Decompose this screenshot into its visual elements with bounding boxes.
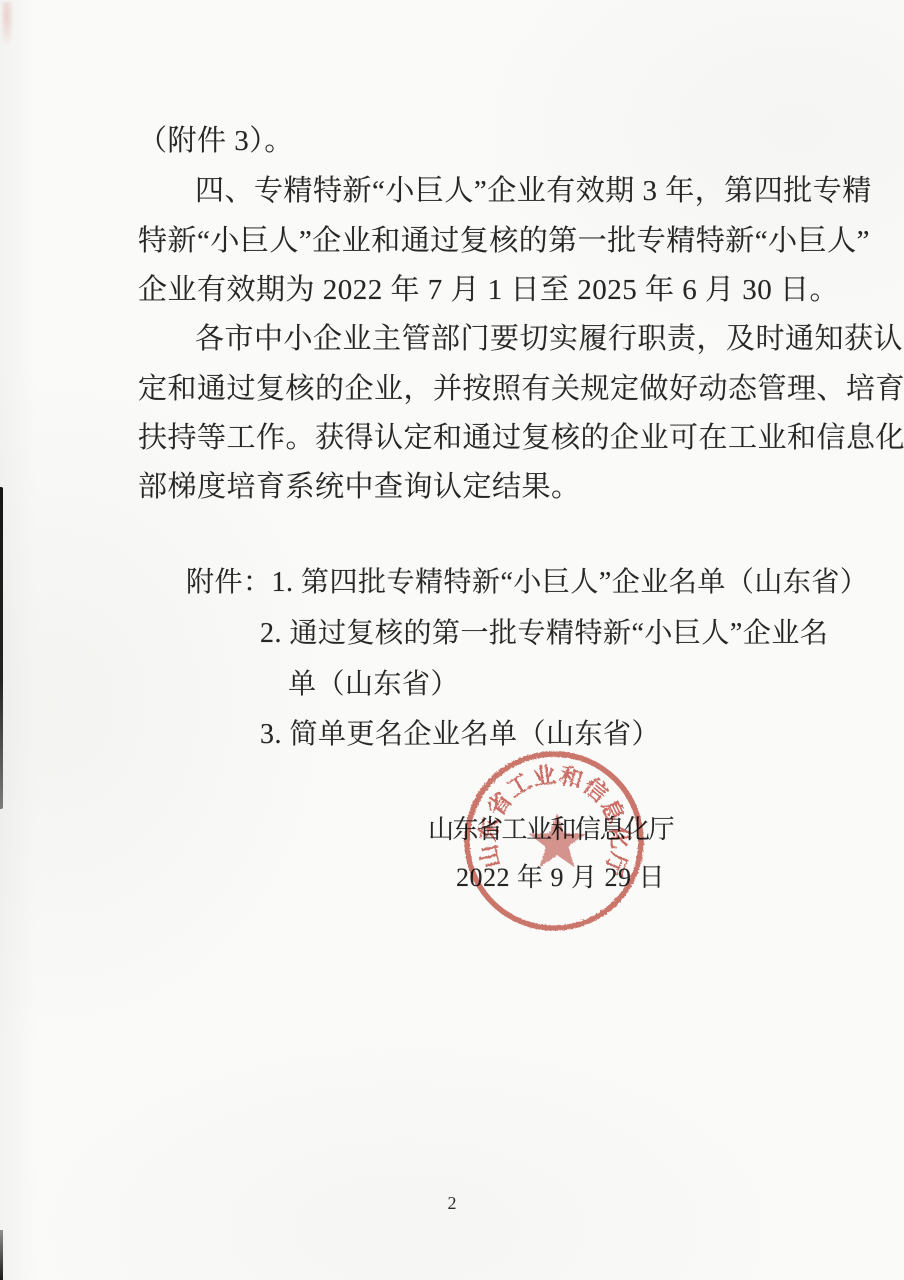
issue-date: 2022 年 9 月 29 日 [456, 857, 665, 894]
body-line: 企业有效期为 2022 年 7 月 1 日至 2025 年 6 月 30 日。 [138, 273, 768, 309]
document-page: （附件 3）。 四、专精特新“小巨人”企业有效期 3 年，第四批专精 特新“小巨… [0, 0, 904, 1280]
body-line: 四、专精特新“小巨人”企业有效期 3 年，第四批专精 [138, 174, 768, 210]
attachment-list-item: 2. 通过复核的第一批专精特新“小巨人”企业名 [260, 617, 828, 651]
body-line: 扶持等工作。获得认定和通过复核的企业可在工业和信息化 [138, 421, 768, 457]
body-line: （附件 3）。 [138, 124, 768, 160]
attachment-list-item: 单（山东省） [288, 668, 459, 702]
attachment-list-item: 附件：1. 第四批专精特新“小巨人”企业名单（山东省） [186, 566, 868, 600]
scan-smudge-top-left [2, 2, 14, 48]
body-line: 特新“小巨人”企业和通过复核的第一批专精特新“小巨人” [138, 224, 768, 260]
scan-artifact-left-strip [0, 487, 3, 809]
scan-artifact-left-strip-bottom [0, 1230, 3, 1280]
body-line: 定和通过复核的企业，并按照有关规定做好动态管理、培育 [138, 372, 768, 408]
issuer-name: 山东省工业和信息化厅 [428, 809, 673, 846]
page-number: 2 [0, 1193, 904, 1214]
body-line: 各市中小企业主管部门要切实履行职责，及时通知获认 [138, 322, 768, 358]
body-line: 部梯度培育系统中查询认定结果。 [138, 470, 768, 506]
